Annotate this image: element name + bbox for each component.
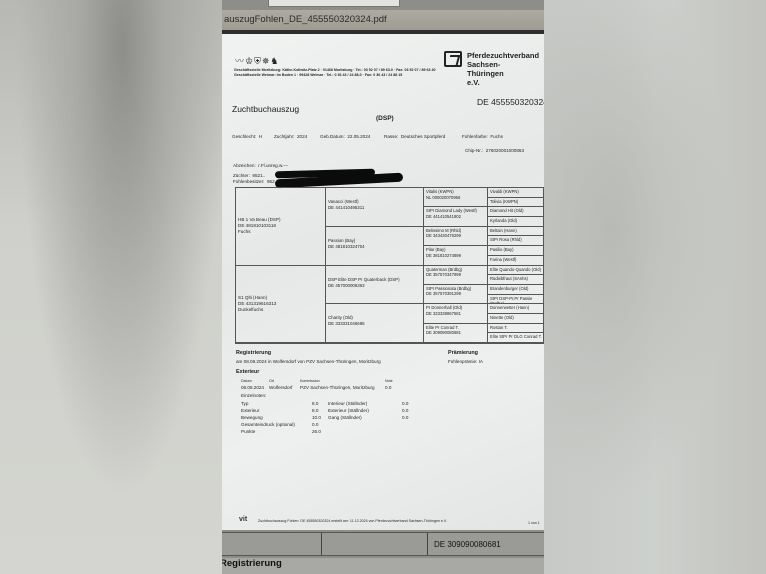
pedigree-great-great-grandparent: Beltain (Hann) [488, 227, 544, 237]
pedigree-great-great-grandparent: Donnerwetter (Hann) [488, 304, 544, 314]
exterior-row-commission: PZV Sachsen-Thüringen, Moritzburg [300, 385, 375, 390]
score-value: 10.0 [312, 415, 321, 420]
score-label-secondary: Interieur (Ställnder) [328, 401, 367, 406]
pedigree-great-great-grandparent: Vivaldi (KWPN) [488, 188, 544, 198]
pedigree-great-grandparent: Belissimo M (Rhld)DE 343430476299 [424, 227, 488, 246]
score-label: Typ [241, 401, 248, 406]
association-logos: 〰♔⛨✵♞ [235, 54, 279, 67]
pedigree-great-great-grandparent: Tolivia (KWPN) [488, 198, 544, 208]
next-page-peek: DE 309090080681 [222, 530, 544, 558]
pedigree-great-great-grandparent: Elite Quando-Quando (Old) [488, 266, 544, 276]
footer-text: Zuchtbuchauszug Fohlen: DE 455550320324 … [258, 519, 447, 523]
pedigree-great-great-grandparent: Elite StPr Pr DLG Conrad T. [488, 333, 544, 343]
score-value: 26.0 [312, 429, 321, 434]
crest-icon: ♔ [245, 56, 254, 66]
exterior-header-place: Ort [269, 379, 274, 383]
pedigree-great-great-grandparent: Diamond Hit (Old) [488, 207, 544, 217]
pedigree-grandparent: Passion (Bay)DE 481810324704 [326, 227, 424, 266]
file-tab[interactable]: auszugFohlen_DE_455550320324.pdf [222, 10, 544, 30]
pedigree-great-great-grandparent: StPr DSP-Pr.Pr Passie (Brdbg) [488, 295, 544, 305]
award-text: Fohlenprämie: IA [448, 359, 483, 364]
pedigree-dam: S1 Qlti (Hann)DE 431319616313Dunkelfuchs [236, 266, 326, 344]
score-label-secondary: Gang (Ställnder) [328, 415, 362, 420]
pedigree-sire: HB 1 Va Beau (DSP)DE 481810103118Fuchs [236, 188, 326, 266]
horse-jump-logo-icon [444, 51, 462, 67]
pdf-page: 〰♔⛨✵♞ Geschäftsstelle Moritzburg: Käthe-… [222, 34, 544, 530]
next-page-table-row: DE 309090080681 [222, 532, 544, 556]
exterior-header-date: Datum [241, 379, 252, 383]
score-label-secondary: Exterieur (Ställnder) [328, 408, 369, 413]
viewer-toolbar [222, 0, 544, 10]
pedigree-great-great-grandparent: Kyrlanda (Old) [488, 217, 544, 227]
pedigree-great-great-grandparent: Ninette (Old) [488, 314, 544, 324]
score-label: Gesamteindruck (optional) [241, 422, 295, 427]
pedigree-great-grandparent: StPr Diamond Lady (Westf)DE 441410541902 [424, 207, 488, 226]
registration-title: Registrierung [236, 350, 271, 356]
score-label: Bewegung [241, 415, 263, 420]
pedigree-great-grandparent: Pilar (Bay)DE 381810274899 [424, 246, 488, 265]
page-number: 1 von 1 [528, 521, 540, 525]
horse-head-icon: ♞ [270, 56, 279, 66]
pedigree-great-grandparent: Pr Donnerhall (Old)DE 333338867581 [424, 304, 488, 323]
birth-date-field: Geb.Datum: 22.05.2024 [320, 134, 370, 139]
sex-field: Geschlecht: H [232, 134, 262, 139]
pedigree-grandparent: Charity (Old)DE 333331046695 [326, 304, 424, 343]
blurred-background-right [544, 0, 766, 574]
award-title: Prämierung [448, 350, 478, 356]
score-value: 0.0 [312, 422, 318, 427]
registration-text: am 08.08.2024 in Wolfersdorf von PZV Sac… [236, 359, 381, 364]
pedigree-great-great-grandparent: Farina (Westf) [488, 256, 544, 266]
pedigree-great-grandparent: Quaterman (Brdbg)DE 357570347999 [424, 266, 488, 285]
breed-field: Rasse: Deutsches Sportpferd [384, 134, 445, 139]
exterior-header-note: Note [385, 379, 393, 383]
individual-scores-label: Einzelnoten: [241, 393, 266, 398]
wave-icon: 〰 [235, 56, 245, 66]
pedigree-great-great-grandparent: Rostan T. [488, 324, 544, 334]
pedigree-great-grandparent: Elite Pr Conrad T.DE 309090080681 [424, 324, 488, 343]
next-page-section-title: Registrierung [222, 558, 544, 574]
breed-code: (DSP) [376, 115, 394, 122]
toolbar-field[interactable] [268, 0, 400, 7]
pdf-viewer: auszugFohlen_DE_455550320324.pdf 〰♔⛨✵♞ G… [222, 0, 544, 574]
next-page-id: DE 309090080681 [434, 540, 501, 549]
exterior-header-commission: Kommission [300, 379, 320, 383]
pedigree-great-great-grandparent: Pasilio (Bay) [488, 246, 544, 256]
breeding-year-field: Zuchtjahr: 2024 [274, 134, 307, 139]
file-tab-title: auszugFohlen_DE_455550320324.pdf [224, 14, 387, 25]
pedigree-grandparent: DSP Elite DSP Pr Quaterback (DSP)DE 4570… [326, 266, 424, 305]
owner-field: Fohlenbesitzer: 952.. [233, 179, 277, 184]
score-label: Exterieur [241, 408, 259, 413]
chip-number-field: Chip-Nr.: 276020001000863 [465, 148, 524, 153]
address-line-2: Geschäftsstelle Weimar: Im Boden 1 · 994… [234, 73, 402, 77]
org-name-line-2: Sachsen-Thüringen e.V. [467, 60, 504, 87]
foal-color-field: Fohlenfarbe: Fuchs [462, 134, 503, 139]
pedigree-table: HB 1 Va Beau (DSP)DE 481810103118FuchsS1… [235, 187, 544, 344]
score-value-secondary: 0.0 [402, 415, 408, 420]
ueln-number: DE 455550320324 [477, 97, 544, 107]
exterior-title: Exterieur [236, 369, 259, 375]
exterior-row-date: 08.08.2024 [241, 385, 264, 390]
org-name-line-1: Pferdezuchtverband [467, 51, 539, 60]
score-value: 8.0 [312, 401, 318, 406]
pedigree-great-grandparent: StPr Passionata (Brdbg)DE 357570391299 [424, 285, 488, 304]
breeder-field: Züchter: 9521.. [233, 173, 265, 178]
score-value-secondary: 0.0 [402, 401, 408, 406]
pedigree-great-great-grandparent: StPr Rosa (Rhld) [488, 236, 544, 246]
exterior-row-note: 0.0 [385, 385, 391, 390]
vit-logo: vit [239, 516, 247, 523]
blurred-background-left [0, 0, 222, 574]
pedigree-great-great-grandparent: Brandenburger (Old) [488, 285, 544, 295]
address-line-1: Geschäftsstelle Moritzburg: Käthe-Kollwi… [234, 68, 435, 72]
score-label: Punkte [241, 429, 255, 434]
markings-field: Abzeichen: r.Fl.unreg.w.— [233, 163, 288, 168]
score-value: 8.0 [312, 408, 318, 413]
pedigree-great-great-grandparent: Rüdiebfraut (SAnhs) [488, 275, 544, 285]
exterior-row-place: Wolfersdorf [269, 385, 292, 390]
document-title: Zuchtbuchauszug [232, 104, 299, 114]
crest-icon: ⛨ [254, 56, 262, 66]
pedigree-great-grandparent: Vitalis (KWPN)NL 000020070956 [424, 188, 488, 207]
score-value-secondary: 0.0 [402, 408, 408, 413]
pedigree-grandparent: Vanacci (Westf)DE 441410495311 [326, 188, 424, 227]
